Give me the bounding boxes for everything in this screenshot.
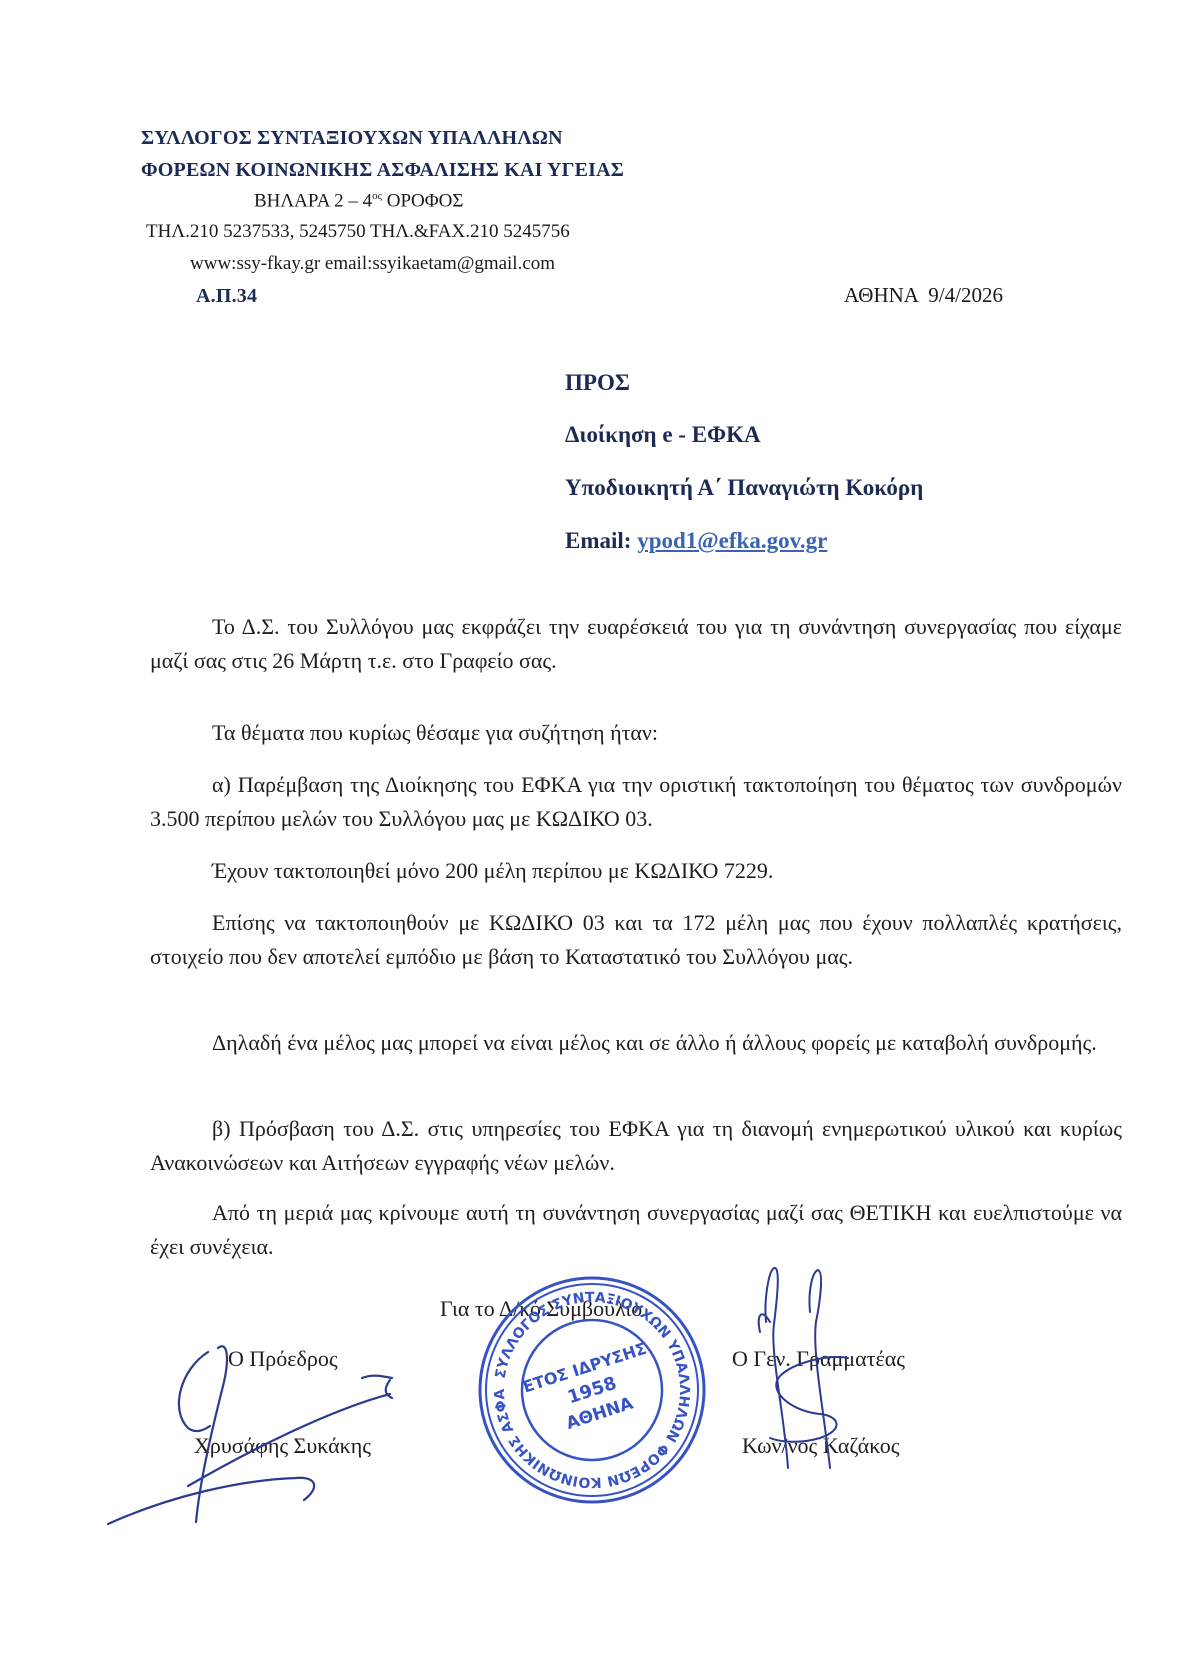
body-paragraph-item-a: α) Παρέμβαση της Διοίκησης του ΕΦΚΑ για … — [150, 768, 1122, 836]
body-paragraph-item-b: β) Πρόσβαση του Δ.Σ. στις υπηρεσίες του … — [150, 1112, 1122, 1180]
address-text: ΒΗΛΑΡΑ 2 – 4 — [254, 190, 372, 211]
body-paragraph-2: Τα θέματα που κυρίως θέσαμε για συζήτηση… — [150, 716, 1122, 750]
recipient-line2: Υποδιοικητή Α΄ Παναγιώτη Κοκόρη — [565, 475, 923, 501]
secretary-signature-scribble — [740, 1262, 920, 1472]
body-paragraph-5: Επίσης να τακτοποιηθούν με ΚΩΔΙΚΟ 03 και… — [150, 906, 1122, 974]
president-signature-scribble — [100, 1330, 460, 1530]
org-phones: ΤΗΛ.210 5237533, 5245750 ΤΗΛ.&FAX.210 52… — [146, 221, 570, 243]
recipient-email-label: Email: — [565, 528, 637, 553]
address-floor: ΟΡΟΦΟΣ — [382, 190, 463, 211]
address-floor-suffix: ος — [372, 190, 382, 202]
org-address: ΒΗΛΑΡΑ 2 – 4ος ΟΡΟΦΟΣ — [254, 190, 463, 212]
recipient-email-link[interactable]: ypod1@efka.gov.gr — [637, 528, 827, 553]
protocol-number: Α.Π.34 — [196, 285, 257, 308]
org-web-email: www:ssy-fkay.gr email:ssyikaetam@gmail.c… — [190, 253, 555, 275]
body-paragraph-8: Από τη μεριά μας κρίνουμε αυτή τη συνάντ… — [150, 1196, 1122, 1264]
organization-stamp: ΣΥΛΛΟΓΟΣ ΣΥΝΤΑΞΙΟΥΧΩΝ ΥΠΑΛΛΗΛΩΝ ΦΟΡΕΩΝ Κ… — [474, 1272, 710, 1508]
org-name-line2: ΦΟΡΕΩΝ ΚΟΙΝΩΝΙΚΗΣ ΑΣΦΑΛΙΣΗΣ ΚΑΙ ΥΓΕΙΑΣ — [141, 159, 624, 182]
recipient-to-label: ΠΡΟΣ — [565, 370, 630, 396]
body-paragraph-1: Το Δ.Σ. του Συλλόγου μας εκφράζει την ευ… — [150, 610, 1122, 678]
body-paragraph-4: Έχουν τακτοποιηθεί μόνο 200 μέλη περίπου… — [150, 854, 1122, 888]
recipient-email: Email: ypod1@efka.gov.gr — [565, 528, 827, 554]
recipient-line1: Διοίκηση e - ΕΦΚΑ — [565, 422, 761, 448]
place-date: ΑΘΗΝΑ 9/4/2026 — [844, 283, 1003, 308]
org-name-line1: ΣΥΛΛΟΓΟΣ ΣΥΝΤΑΞΙΟΥΧΩΝ ΥΠΑΛΛΗΛΩΝ — [141, 127, 563, 150]
body-paragraph-6: Δηλαδή ένα μέλος μας μπορεί να είναι μέλ… — [150, 1026, 1122, 1060]
